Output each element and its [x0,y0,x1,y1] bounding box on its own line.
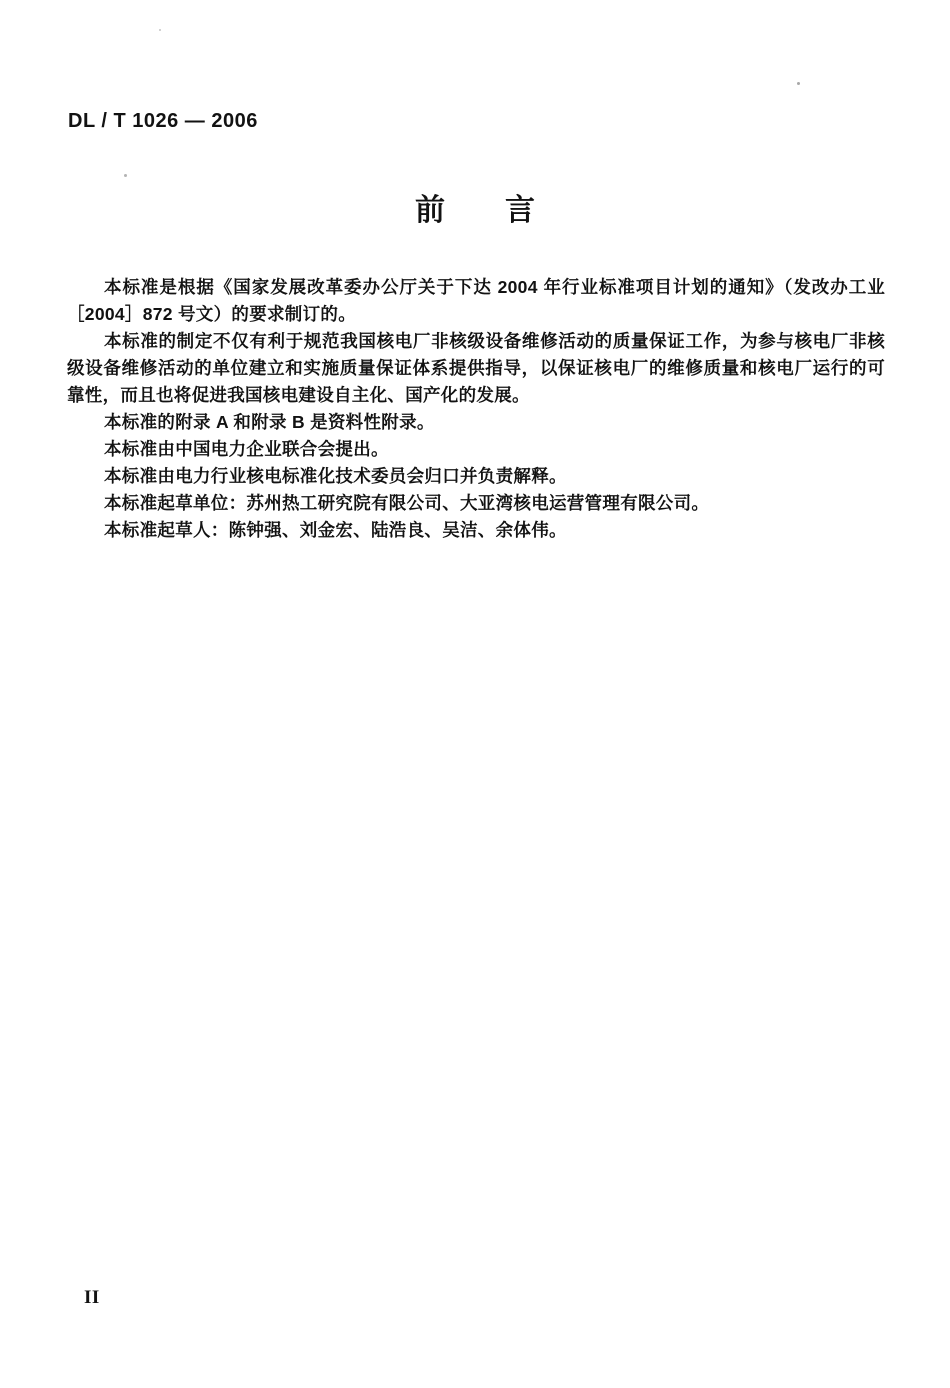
body-line: 本标准由中国电力企业联合会提出。 [67,436,885,463]
body-line: 级设备维修活动的单位建立和实施质量保证体系提供指导，以保证核电厂的维修质量和核电… [67,355,885,382]
body-line: 靠性，而且也将促进我国核电建设自主化、国产化的发展。 [67,382,885,409]
body-line: 本标准的附录 A 和附录 B 是资料性附录。 [67,409,885,436]
body-line: 本标准的制定不仅有利于规范我国核电厂非核级设备维修活动的质量保证工作，为参与核电… [67,328,885,355]
body-line: ［2004］872 号文）的要求制订的。 [67,301,885,328]
body-line: 本标准由电力行业核电标准化技术委员会归口并负责解释。 [67,463,885,490]
foreword-body: 本标准是根据《国家发展改革委办公厅关于下达 2004 年行业标准项目计划的通知》… [67,274,885,544]
body-line: 本标准起草人：陈钟强、刘金宏、陆浩良、吴洁、余体伟。 [67,517,885,544]
scan-speck [797,82,800,85]
body-line: 本标准是根据《国家发展改革委办公厅关于下达 2004 年行业标准项目计划的通知》… [67,274,885,301]
page-number: II [84,1287,100,1309]
scan-speck [159,29,161,31]
body-line: 本标准起草单位：苏州热工研究院有限公司、大亚湾核电运营管理有限公司。 [67,490,885,517]
scan-speck [124,174,127,177]
page-title: 前 言 [0,192,950,230]
standard-number: DL / T 1026 — 2006 [68,110,258,133]
document-page: DL / T 1026 — 2006 前 言 本标准是根据《国家发展改革委办公厅… [0,0,950,1388]
